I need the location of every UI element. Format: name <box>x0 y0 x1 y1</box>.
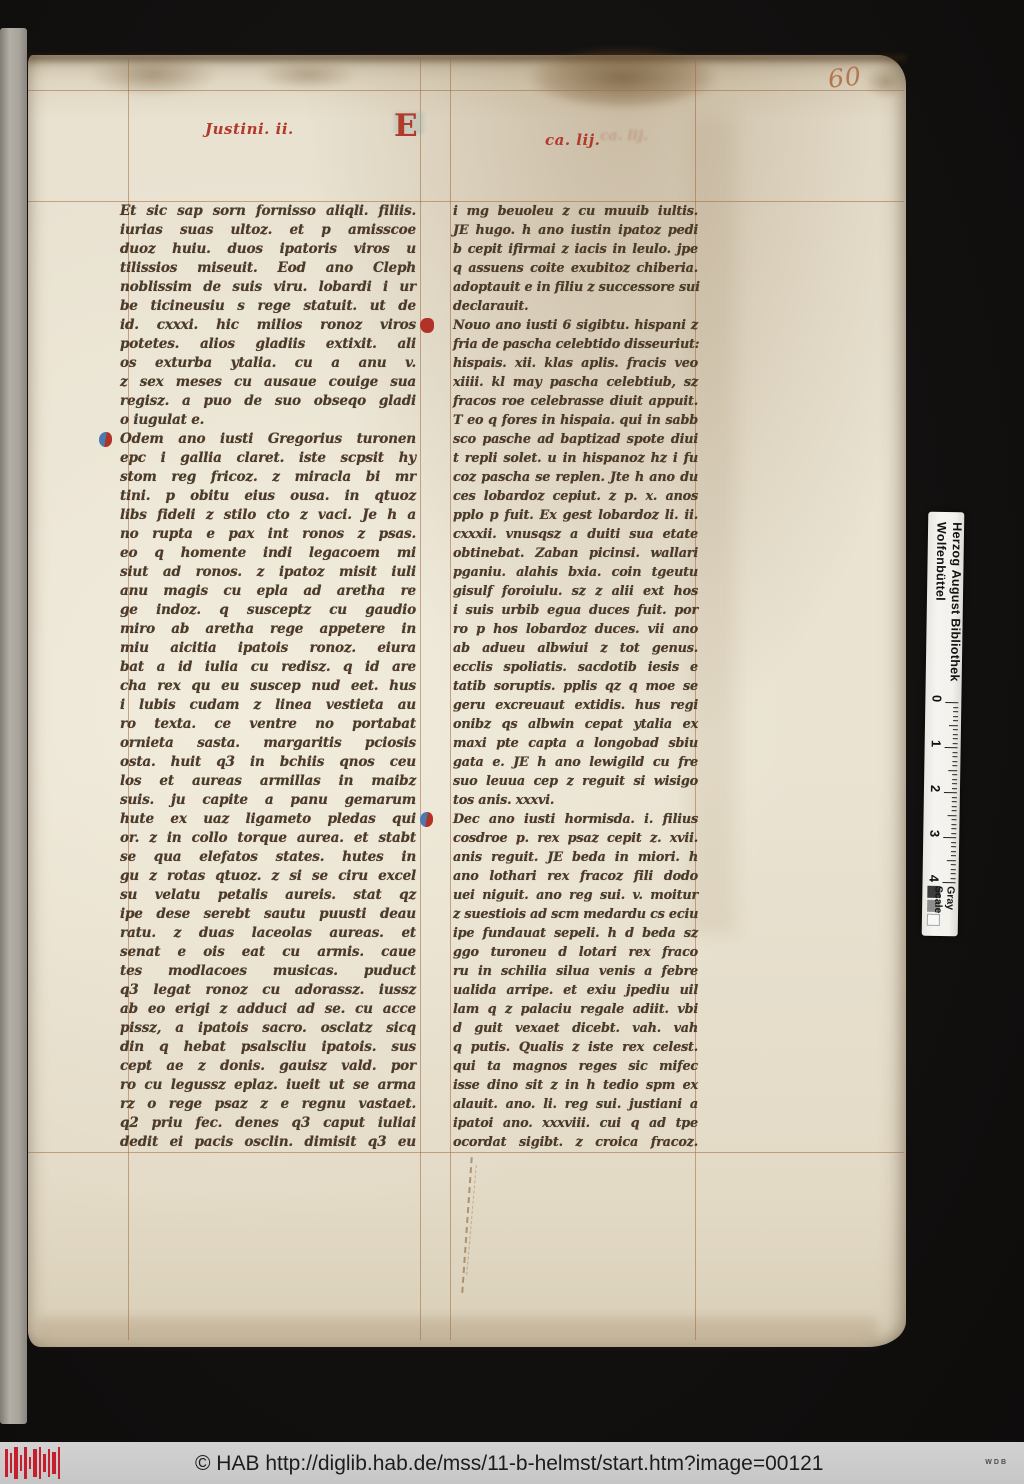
manuscript-line: pganiu. alahis bxia. coin tgeutu <box>453 563 698 582</box>
manuscript-line: ab adueu albwiui z tot genus. <box>453 639 698 658</box>
manuscript-line: miro ab aretha rege appetere in <box>120 620 416 639</box>
manuscript-line: alauit. ano. li. reg sui. justiani a <box>453 1095 698 1114</box>
ruler-tick <box>950 869 956 870</box>
manuscript-line: ano lothari rex fracoz fili dodo <box>453 867 698 886</box>
text-column-left: Et sic sap sorn fornisso aliqli. filiis.… <box>120 202 416 1152</box>
manuscript-line: Nouo ano iusti 6 sigibtu. hispani z <box>453 316 698 335</box>
ruler-tick <box>952 765 958 766</box>
ruler-tick <box>950 878 956 879</box>
ruler-tick <box>952 729 958 730</box>
ruler-tick <box>951 810 957 811</box>
manuscript-line: Dec ano iusti hormisda. i. filius <box>453 810 698 829</box>
manuscript-line: id. cxxxi. hic milios ronoz viros <box>120 316 416 335</box>
ruler-tick <box>952 779 958 780</box>
manuscript-line: tini. p obitu eius ousa. in qtuoz <box>120 487 416 506</box>
paragraph-initial <box>99 432 112 447</box>
ruler-tick <box>945 747 958 748</box>
ruler-tick <box>951 833 957 834</box>
manuscript-line: anis reguit. JE beda in miori. h <box>453 848 698 867</box>
ruler-library-name: Herzog August Bibliothek Wolfenbüttel <box>925 522 964 701</box>
manuscript-line: ecclis spoliatis. sacdotib iesis e <box>453 658 698 677</box>
book-block-edge <box>0 28 27 1424</box>
manuscript-line: isse dino sit z in h tedio spm ex <box>453 1076 698 1095</box>
manuscript-line: su velatu petalis aureis. stat qz <box>120 886 416 905</box>
ruler-tick <box>951 806 957 807</box>
manuscript-line: ualida arripe. et exiu jpediu uil <box>453 981 698 1000</box>
ruler-tick <box>948 770 957 771</box>
running-header-left: Justini. ii. <box>205 120 294 138</box>
ruler-tick <box>952 774 958 775</box>
manuscript-line: adoptauit e in filiu z successore sui <box>453 278 698 297</box>
ruler-tick <box>942 882 955 883</box>
copyright-attribution: © HAB http://diglib.hab.de/mss/11-b-helm… <box>195 1442 823 1484</box>
ruler-tick <box>951 819 957 820</box>
ruler-tick <box>953 711 959 712</box>
manuscript-line: epc i gallia claret. iste scpsit hy <box>120 449 416 468</box>
manuscript-line: duoz huiu. duos ipatoris viros u <box>120 240 416 259</box>
stain <box>528 47 718 109</box>
manuscript-line: iurias suas ultoz. et p amisscoe <box>120 221 416 240</box>
ruling-line <box>450 58 451 1340</box>
manuscript-line: JE hugo. h ano iustin ipatoz pedi <box>453 221 698 240</box>
manuscript-line: hispais. xii. klas aplis. fracis veo <box>453 354 698 373</box>
ruler-tick <box>953 716 959 717</box>
manuscript-line: cosdroe p. rex psaz cepit z. xvii. <box>453 829 698 848</box>
manuscript-line: i mg beuoleu z cu muuib iultis. <box>453 202 698 221</box>
folio-number: 60 <box>827 61 864 93</box>
manuscript-line: stom reg fricoz. z miracla bi mr <box>120 468 416 487</box>
ruler-tick <box>951 788 957 789</box>
ruler-cm-number: 4 <box>927 875 942 882</box>
manuscript-line: noblissim de suis viru. lobardi i ur <box>120 278 416 297</box>
ruler-tick <box>951 801 957 802</box>
running-header-right: ca. lij. <box>545 131 600 149</box>
manuscript-line: ipe fundauat sepeli. h d beda sz <box>453 924 698 943</box>
ruler-tick <box>947 860 956 861</box>
header-initial-letter: E <box>394 111 418 142</box>
manuscript-line: eo q homente indi legacoem mi <box>120 544 416 563</box>
manuscript-line: rz o rege psaz z e regnu vastaet. <box>120 1095 416 1114</box>
manuscript-line: declarauit. <box>453 297 698 316</box>
ruler-tick <box>952 752 958 753</box>
ruler-tick <box>952 738 958 739</box>
manuscript-line: cha rex qu eu suscep nud eet. hus <box>120 677 416 696</box>
manuscript-line: q assuens coite exubitoz chiberia. <box>453 259 698 278</box>
stain <box>864 65 908 99</box>
ruler-tick <box>951 828 957 829</box>
manuscript-line: ge indoz. q susceptz cu gaudio <box>120 601 416 620</box>
manuscript-line: t repli solet. u in hispanoz hz i fu <box>453 449 698 468</box>
manuscript-line: libs fideli z stilo cto z vaci. Je h a <box>120 506 416 525</box>
manuscript-line: ipatoi ano. xxxviii. cui q ad tpe <box>453 1114 698 1133</box>
watermark-small: WDB <box>985 1459 1008 1466</box>
running-header-ghost: ca. lij. <box>600 128 648 144</box>
manuscript-line: tatib soruptis. pplis qz q moe se <box>453 677 698 696</box>
manuscript-line: i suis urbib egua duces fuit. por <box>453 601 698 620</box>
calibration-ruler: Herzog August Bibliothek Wolfenbüttel 01… <box>922 512 965 937</box>
manuscript-line: din q hebat psalscliu ipatois. sus <box>120 1038 416 1057</box>
ruler-tick <box>953 707 959 708</box>
ruler-tick <box>952 756 958 757</box>
manuscript-line: ipe dese serebt sautu puusti deau <box>120 905 416 924</box>
manuscript-line: tes modlacoes musicas. puduct <box>120 962 416 981</box>
ruler-tick <box>951 797 957 798</box>
ruler-cm-number: 1 <box>929 740 944 747</box>
manuscript-line: coz pascha se replen. Jte h ano du <box>453 468 698 487</box>
manuscript-line: gu z rotas qtuoz. z si se ciru excel <box>120 867 416 886</box>
hab-logo-icon <box>4 1446 66 1480</box>
manuscript-line: suis. ju capite a panu gemarum <box>120 791 416 810</box>
manuscript-line: fria de pascha celebtido disseuriut: <box>453 335 698 354</box>
manuscript-line: T eo q fores in hispaia. qui in sabb <box>453 411 698 430</box>
manuscript-line: q3 legat ronoz cu adorassz. iussz <box>120 981 416 1000</box>
manuscript-line: suo leuua cep z reguit si wisigo <box>453 772 698 791</box>
manuscript-line: senat e ois eat cu armis. caue <box>120 943 416 962</box>
manuscript-line: ru in schilia silua venis a febre <box>453 962 698 981</box>
ruler-tick <box>953 720 959 721</box>
ruler-tick <box>952 734 958 735</box>
manuscript-line: sco pasche ad baptizad spote diui <box>453 430 698 449</box>
parchment-page: Justini. ii. E ca. lij. ca. lij. 60 Et s… <box>28 55 906 1347</box>
manuscript-line: ab eo erigi z adduci ad se. cu acce <box>120 1000 416 1019</box>
manuscript-line: q2 priu fec. denes q3 caput iuliai <box>120 1114 416 1133</box>
stain <box>258 59 358 91</box>
manuscript-line: onibz qs albwin cepat ytalia ex <box>453 715 698 734</box>
manuscript-line: regisz. a puo de suo obseqo gladi <box>120 392 416 411</box>
manuscript-line: ocordat sigibt. z croica fracoz. <box>453 1133 698 1152</box>
manuscript-line: uei niguit. ano reg sui. v. moitur <box>453 886 698 905</box>
manuscript-line: ro cu legussz eplaz. iueit ut se arma <box>120 1076 416 1095</box>
manuscript-line: osta. huit q3 in bchiis qnos ceu <box>120 753 416 772</box>
manuscript-line: pissz, a ipatois sacro. osclatz sicq <box>120 1019 416 1038</box>
ruler-title-line1: Herzog August Bibliothek <box>948 522 965 682</box>
manuscript-line: siut ad ronos. z ipatoz misit iuli <box>120 563 416 582</box>
manuscript-line: lam q z palaciu regale adiit. vbi <box>453 1000 698 1019</box>
manuscript-line: dedit ei pacis osclin. dimisit q3 eu <box>120 1133 416 1152</box>
ruler-tick <box>943 837 956 838</box>
manuscript-line: potetes. alios gladiis extixit. ali <box>120 335 416 354</box>
manuscript-line: Et sic sap sorn fornisso aliqli. filiis. <box>120 202 416 221</box>
stain <box>38 1317 878 1343</box>
manuscript-line: bat a id iulia cu redisz. q id are <box>120 658 416 677</box>
ruler-tick <box>945 702 958 703</box>
ruler-tick <box>950 864 956 865</box>
manuscript-line: se qua elefatos states. hutes in <box>120 848 416 867</box>
paragraph-initial <box>420 812 433 827</box>
ruler-cm-scale: 01234 <box>922 702 961 885</box>
manuscript-line: no rupta e pax int ronos z psas. <box>120 525 416 544</box>
ruler-cm-number: 2 <box>928 785 943 792</box>
manuscript-line: xiiii. kl may pascha celebtiub, sz <box>453 373 698 392</box>
manuscript-line: gisulf foroiulu. sz z alii ext hos <box>453 582 698 601</box>
ruler-cm-number: 0 <box>929 695 944 702</box>
manuscript-line: i lubis cudam z linea vestieta au <box>120 696 416 715</box>
manuscript-line: z suestiois ad scm medardu cs eciu <box>453 905 698 924</box>
ruler-tick <box>949 725 958 726</box>
ruler-tick <box>952 743 958 744</box>
manuscript-line: ratu. z duas laceolas aureas. et <box>120 924 416 943</box>
manuscript-line: be ticineusiu s rege statuit. ut de <box>120 297 416 316</box>
ruler-tick <box>952 783 958 784</box>
manuscript-line: obtinebat. Zaban picinsi. wallari <box>453 544 698 563</box>
manuscript-line: ro texta. ce ventre no portabat <box>120 715 416 734</box>
manuscript-line: ro p hos lobardoz duces. vii ano <box>453 620 698 639</box>
manuscript-line: b cepit ifirmai z iacis in leulo. jpe <box>453 240 698 259</box>
paragraph-initial <box>420 318 434 333</box>
manuscript-line: z sex meses cu ausaue couige sua <box>120 373 416 392</box>
manuscript-line: anu magis cu epla ad aretha re <box>120 582 416 601</box>
ruling-line <box>28 1152 904 1153</box>
manuscript-line: hute ex uaz ligameto pledas qui <box>120 810 416 829</box>
ruler-tick <box>948 815 957 816</box>
gray-scale-label: Gray Scale <box>932 886 957 932</box>
manuscript-photo: Justini. ii. E ca. lij. ca. lij. 60 Et s… <box>0 0 1024 1484</box>
manuscript-line: gata e. JE h ano lewigild cu fre <box>453 753 698 772</box>
attribution-bar: © HAB http://diglib.hab.de/mss/11-b-helm… <box>0 1442 1024 1484</box>
ruler-title-line2: Wolfenbüttel <box>933 522 948 601</box>
manuscript-line: or. z in collo torque aurea. et stabt <box>120 829 416 848</box>
ruling-line <box>28 90 904 91</box>
manuscript-line: maxi pte capta a longobad sbiu <box>453 734 698 753</box>
manuscript-line: cept ae z donis. gauisz vald. por <box>120 1057 416 1076</box>
manuscript-line: q putis. Qualis z iste rex celest. <box>453 1038 698 1057</box>
gray-scale-target: Gray Scale <box>922 886 959 933</box>
manuscript-line: miu aicitia ipatois ronoz. eiura <box>120 639 416 658</box>
ruler-tick <box>944 792 957 793</box>
ruler-tick <box>951 824 957 825</box>
manuscript-line: ornieta sasta. margaritis pciosis <box>120 734 416 753</box>
ruler-tick <box>951 846 957 847</box>
stain <box>28 55 906 65</box>
manuscript-line: ces lobardoz cepiut. z p. x. anos <box>453 487 698 506</box>
manuscript-line: ggo turoneu d lotari rex fraco <box>453 943 698 962</box>
manuscript-line: pplo p fuit. Ex gest lobardoz li. ii. <box>453 506 698 525</box>
manuscript-line: tilissios miseuit. Eod ano Cleph <box>120 259 416 278</box>
ruling-line <box>420 58 421 1340</box>
stain <box>88 53 218 97</box>
manuscript-line: tos anis. xxxvi. <box>453 791 698 810</box>
manuscript-line: Odem ano iusti Gregorius turonen <box>120 430 416 449</box>
ruler-cm-number: 3 <box>927 830 942 837</box>
manuscript-line: geru excreuaut extidis. hus regi <box>453 696 698 715</box>
text-column-right: i mg beuoleu z cu muuib iultis.JE hugo. … <box>453 202 698 1152</box>
ruler-tick <box>950 873 956 874</box>
manuscript-line: cxxxii. vnusqsz a duiti sua etate <box>453 525 698 544</box>
ruler-tick <box>950 851 956 852</box>
manuscript-line: d guit vexaet dicebt. vah. vah <box>453 1019 698 1038</box>
ruler-tick <box>950 855 956 856</box>
manuscript-line: fracos roe celebrasse diuit appuit. <box>453 392 698 411</box>
manuscript-line: qui ta magnos reges sic mifec <box>453 1057 698 1076</box>
manuscript-line: los et aureas armillas in maibz <box>120 772 416 791</box>
ruler-tick <box>952 761 958 762</box>
ruler-tick <box>951 842 957 843</box>
manuscript-line: o iugulat e. <box>120 411 416 430</box>
manuscript-line: os exturba ytalia. cu a anu v. <box>120 354 416 373</box>
